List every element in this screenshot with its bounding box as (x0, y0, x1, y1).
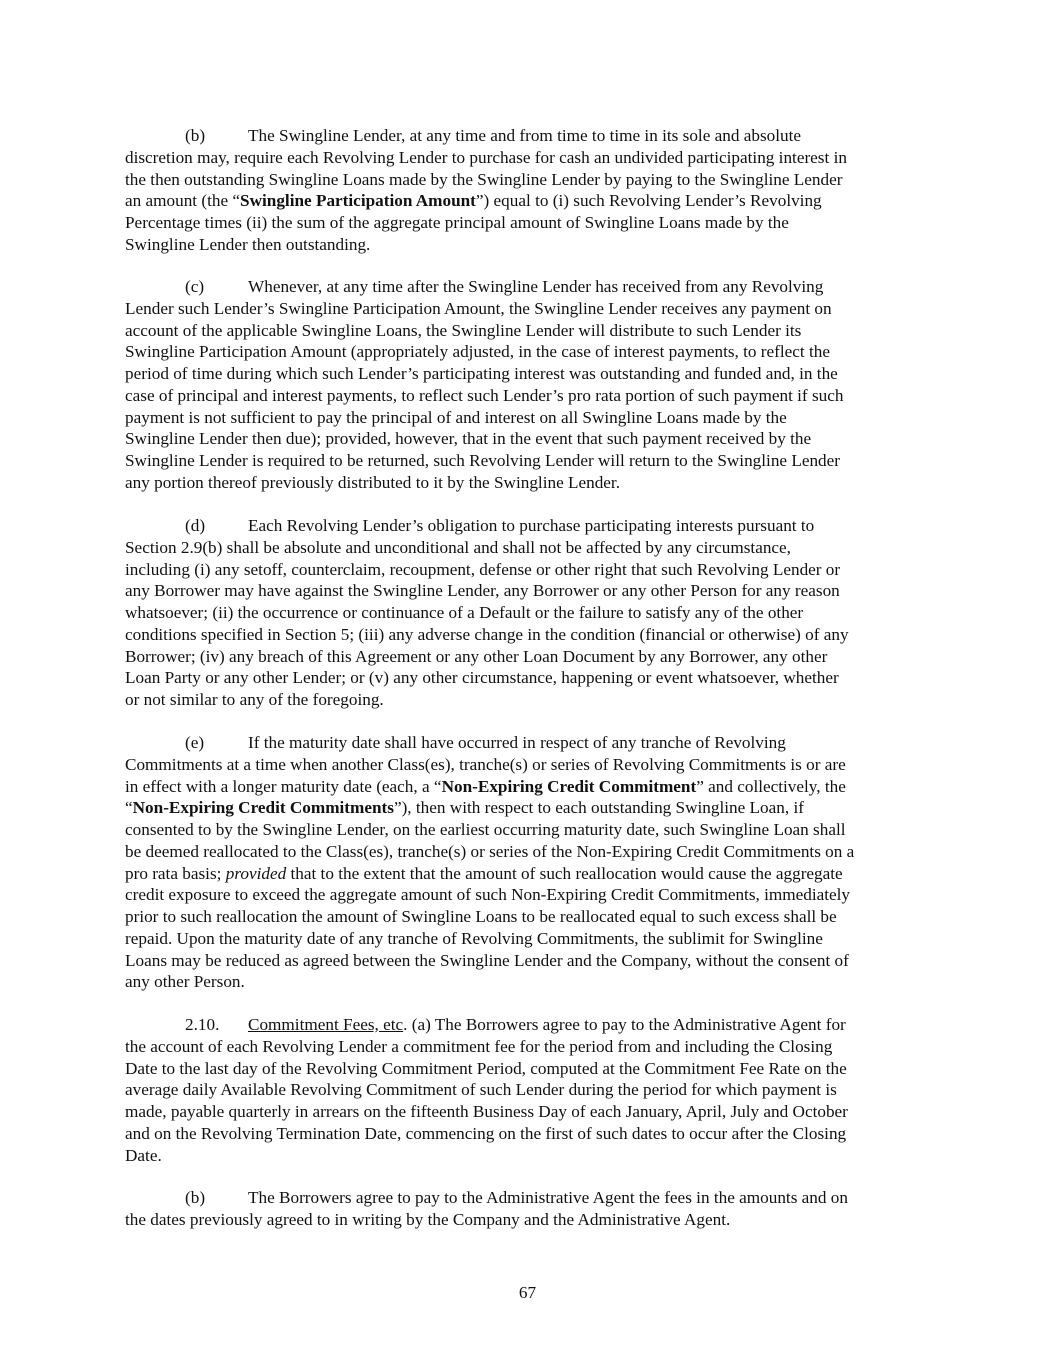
paragraph-label: (b) (185, 1187, 248, 1209)
section-number: 2.10. (185, 1014, 248, 1036)
defined-term: Swingline Participation Amount (240, 191, 476, 210)
document-page: (b)The Swingline Lender, at any time and… (0, 0, 1055, 1365)
paragraph-d-obligation: (d)Each Revolving Lender’s obligation to… (125, 515, 945, 711)
italic-term: provided (226, 864, 286, 883)
defined-term: Non-Expiring Credit Commitments (133, 798, 394, 817)
paragraph-c-distribution: (c)Whenever, at any time after the Swing… (125, 276, 945, 494)
paragraph-label: (b) (185, 125, 248, 147)
paragraph-label: (d) (185, 515, 248, 537)
paragraph-b-swingline-participation: (b)The Swingline Lender, at any time and… (125, 125, 945, 256)
paragraph-label: (c) (185, 276, 248, 298)
paragraph-e-maturity: (e)If the maturity date shall have occur… (125, 732, 945, 993)
page-number: 67 (0, 1283, 1055, 1303)
defined-term: Non-Expiring Credit Commitment (442, 777, 697, 796)
section-2-10-commitment-fees: 2.10.Commitment Fees, etc. (a) The Borro… (125, 1014, 945, 1166)
paragraph-2-10-b-fees: (b)The Borrowers agree to pay to the Adm… (125, 1187, 945, 1231)
section-heading: Commitment Fees, etc (248, 1015, 403, 1034)
paragraph-label: (e) (185, 732, 248, 754)
